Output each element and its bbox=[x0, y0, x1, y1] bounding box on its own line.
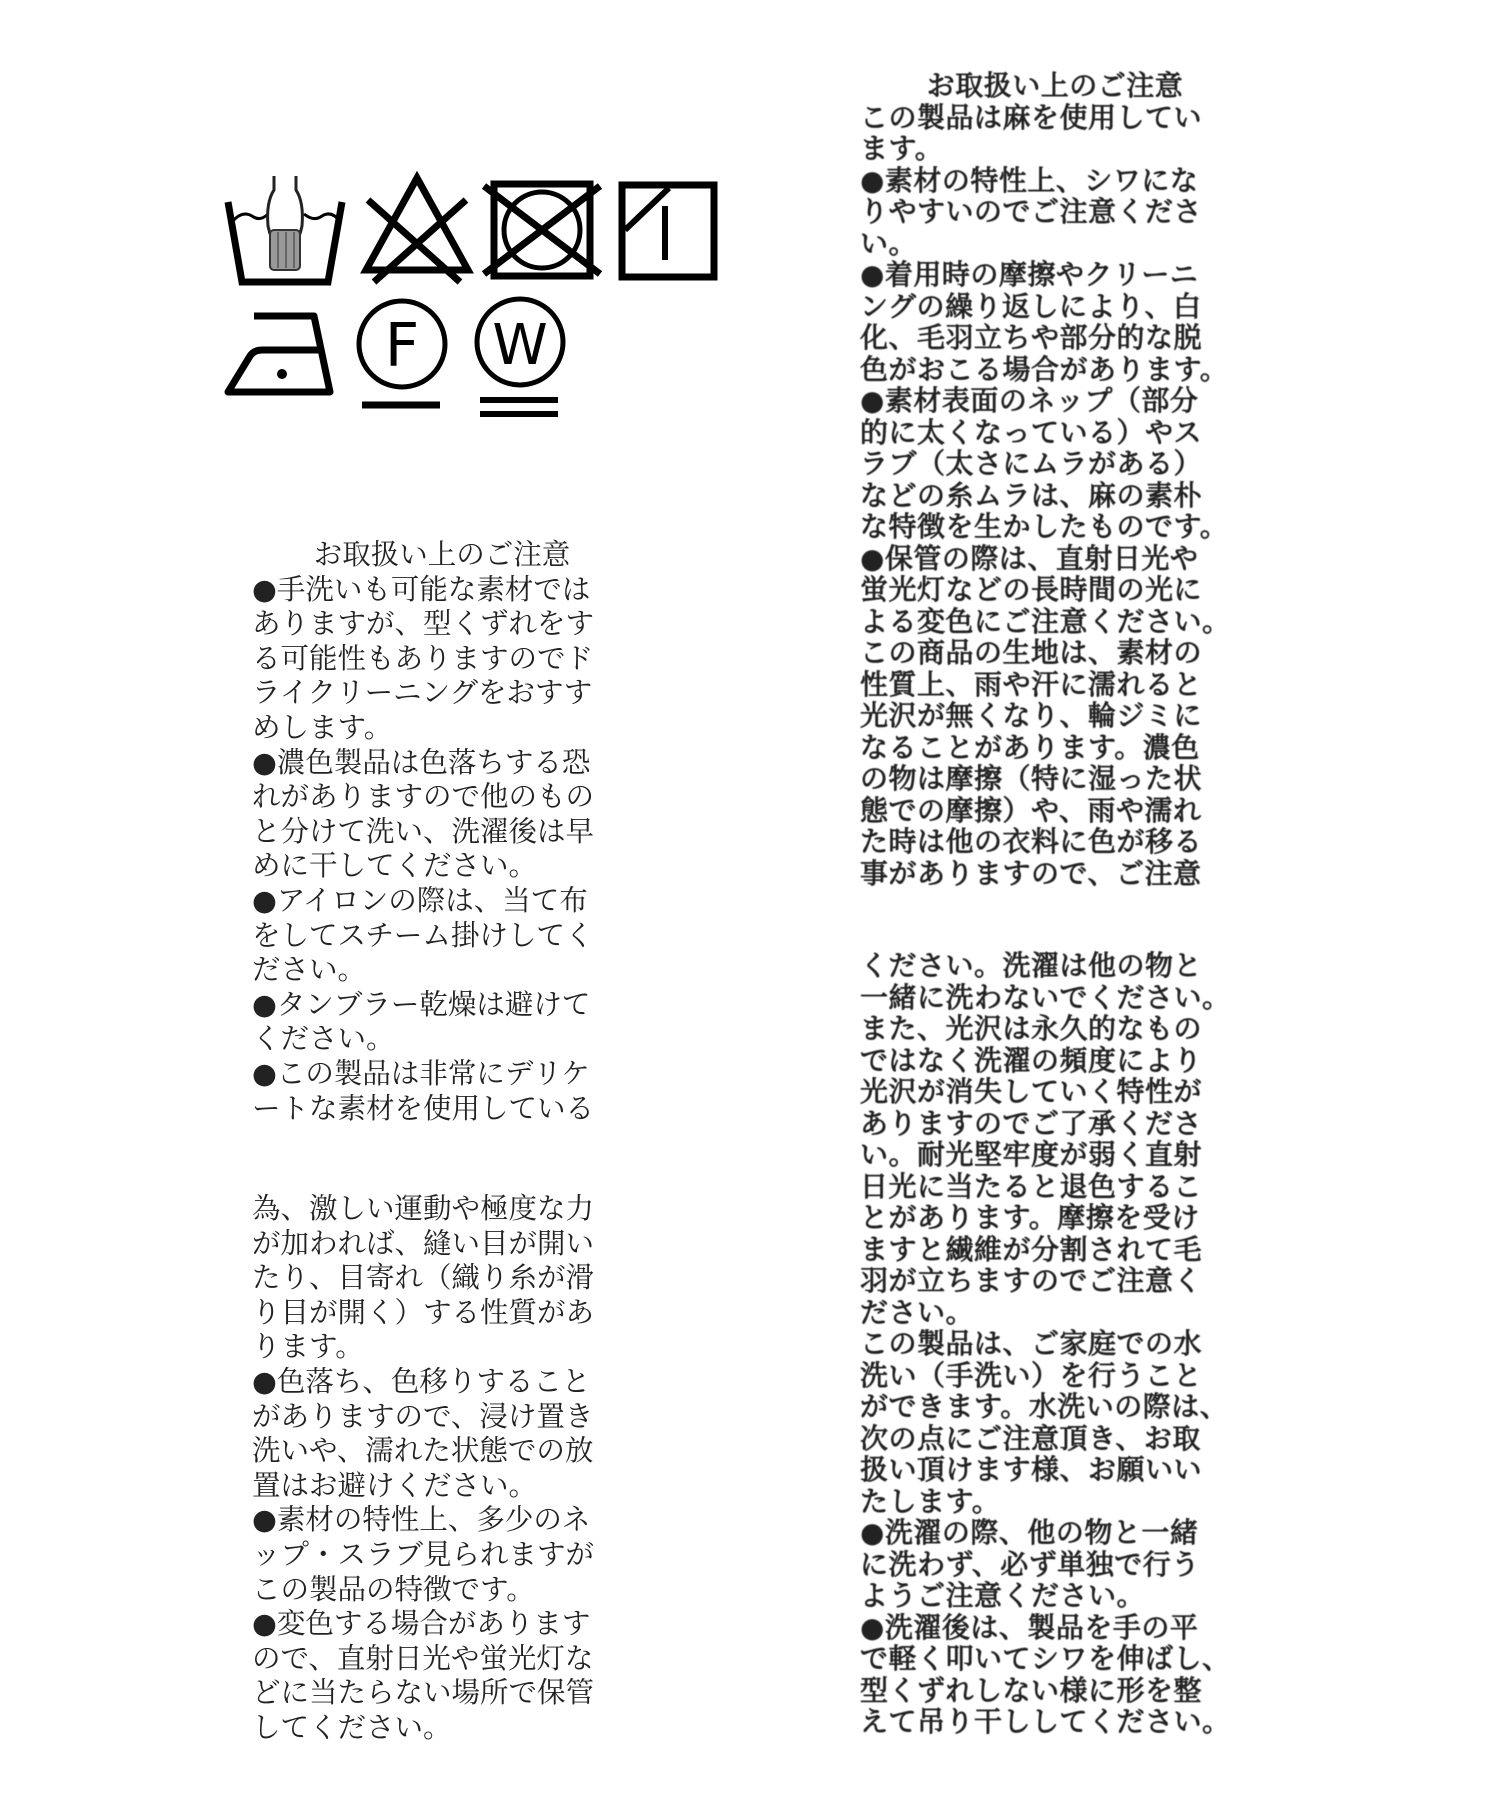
text-line: 態での摩擦）や、雨や濡れ bbox=[860, 795, 1270, 827]
text-line: また、光沢は永久的なもの bbox=[860, 1013, 1270, 1045]
text-line: 化、毛羽立ちや部分的な脱 bbox=[860, 322, 1270, 354]
text-line: 的に太くなっている）やス bbox=[860, 417, 1270, 449]
text-line: ができます。水洗いの際は、 bbox=[860, 1391, 1270, 1423]
text-line: ようご注意ください。 bbox=[860, 1580, 1270, 1612]
care-notes-left: お取扱い上のご注意 ●手洗いも可能な素材ではありますが、型くずれをする可能性もあ… bbox=[252, 538, 632, 1126]
care-notes-right: お取扱い上のご注意 この製品は麻を使用しています。●素材の特性上、シワになりやす… bbox=[860, 70, 1270, 889]
text-line: ●アイロンの際は、当て布 bbox=[252, 884, 632, 919]
text-line: めに干してください。 bbox=[252, 849, 632, 884]
text-line: 日光に当たると退色するこ bbox=[860, 1171, 1270, 1203]
no-tumble-dry-icon bbox=[482, 178, 602, 284]
text-line: などの糸ムラは、麻の素朴 bbox=[860, 480, 1270, 512]
text-line: ありますのでご了承くださ bbox=[860, 1108, 1270, 1140]
text-line: ングの繰り返しにより、白 bbox=[860, 291, 1270, 323]
text-line: ●素材の特性上、多少のネ bbox=[252, 1503, 632, 1538]
text-line: ●洗濯後は、製品を手の平 bbox=[860, 1612, 1270, 1644]
text-line: めします。 bbox=[252, 711, 632, 746]
text-line: た時は他の衣料に色が移る bbox=[860, 826, 1270, 858]
care-notes-block-2: ください。洗濯は他の物と一緒に洗わないでください。また、光沢は永久的なものではな… bbox=[860, 950, 1270, 1738]
text-line: 蛍光灯などの長時間の光に bbox=[860, 574, 1270, 606]
text-line: ●濃色製品は色落ちする恐 bbox=[252, 746, 632, 781]
text-line: ください。洗濯は他の物と bbox=[860, 950, 1270, 982]
text-line: り目が開く）する性質があ bbox=[252, 1296, 632, 1331]
text-line: この商品の生地は、素材の bbox=[860, 637, 1270, 669]
text-line: 次の点にご注意頂き、お取 bbox=[860, 1423, 1270, 1455]
text-line: れがありますので他のもの bbox=[252, 780, 632, 815]
text-line: ●色落ち、色移りすること bbox=[252, 1365, 632, 1400]
text-line: 光沢が無くなり、輪ジミに bbox=[860, 700, 1270, 732]
text-line: る可能性もありますのでド bbox=[252, 642, 632, 677]
text-line: ではなく洗濯の頻度により bbox=[860, 1045, 1270, 1077]
text-line: 光沢が消失していく特性が bbox=[860, 1076, 1270, 1108]
text-line: ●着用時の摩擦やクリーニ bbox=[860, 259, 1270, 291]
text-line: ●保管の際は、直射日光や bbox=[860, 543, 1270, 575]
text-line: ので、直射日光や蛍光灯な bbox=[252, 1642, 632, 1677]
text-line: が加われば、縫い目が開い bbox=[252, 1227, 632, 1262]
drip-dry-shade-icon bbox=[617, 180, 719, 282]
dry-clean-f-icon: F bbox=[352, 296, 452, 412]
care-notes-block-1: ●手洗いも可能な素材ではありますが、型くずれをする可能性もありますのでドライクリ… bbox=[252, 573, 632, 1127]
text-line: をしてスチーム掛けしてく bbox=[252, 919, 632, 954]
text-line: 色がおこる場合があります。 bbox=[860, 354, 1270, 386]
text-line: この製品は、ご家庭での水 bbox=[860, 1328, 1270, 1360]
text-line: ●素材表面のネップ（部分 bbox=[860, 385, 1270, 417]
text-line: 洗いや、濡れた状態での放 bbox=[252, 1434, 632, 1469]
text-line: ラブ（太さにムラがある） bbox=[860, 448, 1270, 480]
wet-clean-w-icon: W bbox=[470, 292, 570, 422]
care-notes-left-continued: 為、激しい運動や極度な力が加われば、縫い目が開いたり、目寄れ（織り糸が滑り目が開… bbox=[252, 1192, 632, 1746]
text-line: 為、激しい運動や極度な力 bbox=[252, 1192, 632, 1227]
no-bleach-icon bbox=[358, 170, 476, 290]
text-line: 一緒に洗わないでください。 bbox=[860, 982, 1270, 1014]
care-notes-title: お取扱い上のご注意 bbox=[860, 70, 1270, 102]
text-line: たします。 bbox=[860, 1486, 1270, 1518]
text-line: どに当たらない場所で保管 bbox=[252, 1676, 632, 1711]
care-symbols: F W bbox=[0, 0, 760, 440]
text-line: 羽が立ちますのでご注意く bbox=[860, 1265, 1270, 1297]
text-line: たり、目寄れ（織り糸が滑 bbox=[252, 1261, 632, 1296]
iron-low-icon bbox=[222, 310, 338, 400]
text-line: とがあります。摩擦を受け bbox=[860, 1202, 1270, 1234]
text-line: 洗い（手洗い）を行うこと bbox=[860, 1360, 1270, 1392]
text-line: ます。 bbox=[860, 133, 1270, 165]
text-line: この製品は麻を使用してい bbox=[860, 102, 1270, 134]
text-line: ップ・スラブ見られますが bbox=[252, 1538, 632, 1573]
text-line: ●変色する場合があります bbox=[252, 1607, 632, 1642]
text-line: ますと繊維が分割されて毛 bbox=[860, 1234, 1270, 1266]
text-line: ●タンブラー乾燥は避けて bbox=[252, 988, 632, 1023]
text-line: ●素材の特性上、シワにな bbox=[860, 165, 1270, 197]
text-line: えて吊り干ししてください。 bbox=[860, 1706, 1270, 1738]
text-line: い。耐光堅牢度が弱く直射 bbox=[860, 1139, 1270, 1171]
text-line: りやすいのでご注意くださ bbox=[860, 196, 1270, 228]
text-line: がありますので、浸け置き bbox=[252, 1400, 632, 1435]
text-line: 置はお避けください。 bbox=[252, 1469, 632, 1504]
care-notes-right-continued: ください。洗濯は他の物と一緒に洗わないでください。また、光沢は永久的なものではな… bbox=[860, 950, 1270, 1738]
text-line: と分けて洗い、洗濯後は早 bbox=[252, 815, 632, 850]
text-line: してください。 bbox=[252, 1711, 632, 1746]
text-line: 型くずれしない様に形を整 bbox=[860, 1675, 1270, 1707]
text-line: に洗わず、必ず単独で行う bbox=[860, 1549, 1270, 1581]
text-line: よる変色にご注意ください。 bbox=[860, 606, 1270, 638]
svg-text:W: W bbox=[492, 313, 547, 378]
text-line: で軽く叩いてシワを伸ばし、 bbox=[860, 1643, 1270, 1675]
text-line: なることがあります。濃色 bbox=[860, 732, 1270, 764]
text-line: ●この製品は非常にデリケ bbox=[252, 1057, 632, 1092]
text-line: ありますが、型くずれをす bbox=[252, 607, 632, 642]
text-line: ートな素材を使用している bbox=[252, 1092, 632, 1127]
text-line: な特徴を生かしたものです。 bbox=[860, 511, 1270, 543]
text-line: ります。 bbox=[252, 1330, 632, 1365]
svg-text:F: F bbox=[385, 311, 420, 381]
text-line: ください。 bbox=[252, 1022, 632, 1057]
care-notes-title: お取扱い上のご注意 bbox=[252, 538, 632, 573]
text-line: 性質上、雨や汗に濡れると bbox=[860, 669, 1270, 701]
text-line: ださい。 bbox=[860, 1297, 1270, 1329]
text-line: 事がありますので、ご注意 bbox=[860, 858, 1270, 890]
care-notes-block-2: 為、激しい運動や極度な力が加われば、縫い目が開いたり、目寄れ（織り糸が滑り目が開… bbox=[252, 1192, 632, 1746]
text-line: ださい。 bbox=[252, 953, 632, 988]
text-line: ●洗濯の際、他の物と一緒 bbox=[860, 1517, 1270, 1549]
text-line: この製品の特徴です。 bbox=[252, 1573, 632, 1608]
text-line: 扱い頂けます様、お願いい bbox=[860, 1454, 1270, 1486]
hand-wash-icon bbox=[222, 170, 350, 290]
text-line: い。 bbox=[860, 228, 1270, 260]
care-notes-block-1: この製品は麻を使用しています。●素材の特性上、シワになりやすいのでご注意ください… bbox=[860, 102, 1270, 890]
text-line: ライクリーニングをおすす bbox=[252, 676, 632, 711]
text-line: の物は摩擦（特に湿った状 bbox=[860, 763, 1270, 795]
text-line: ●手洗いも可能な素材では bbox=[252, 573, 632, 608]
